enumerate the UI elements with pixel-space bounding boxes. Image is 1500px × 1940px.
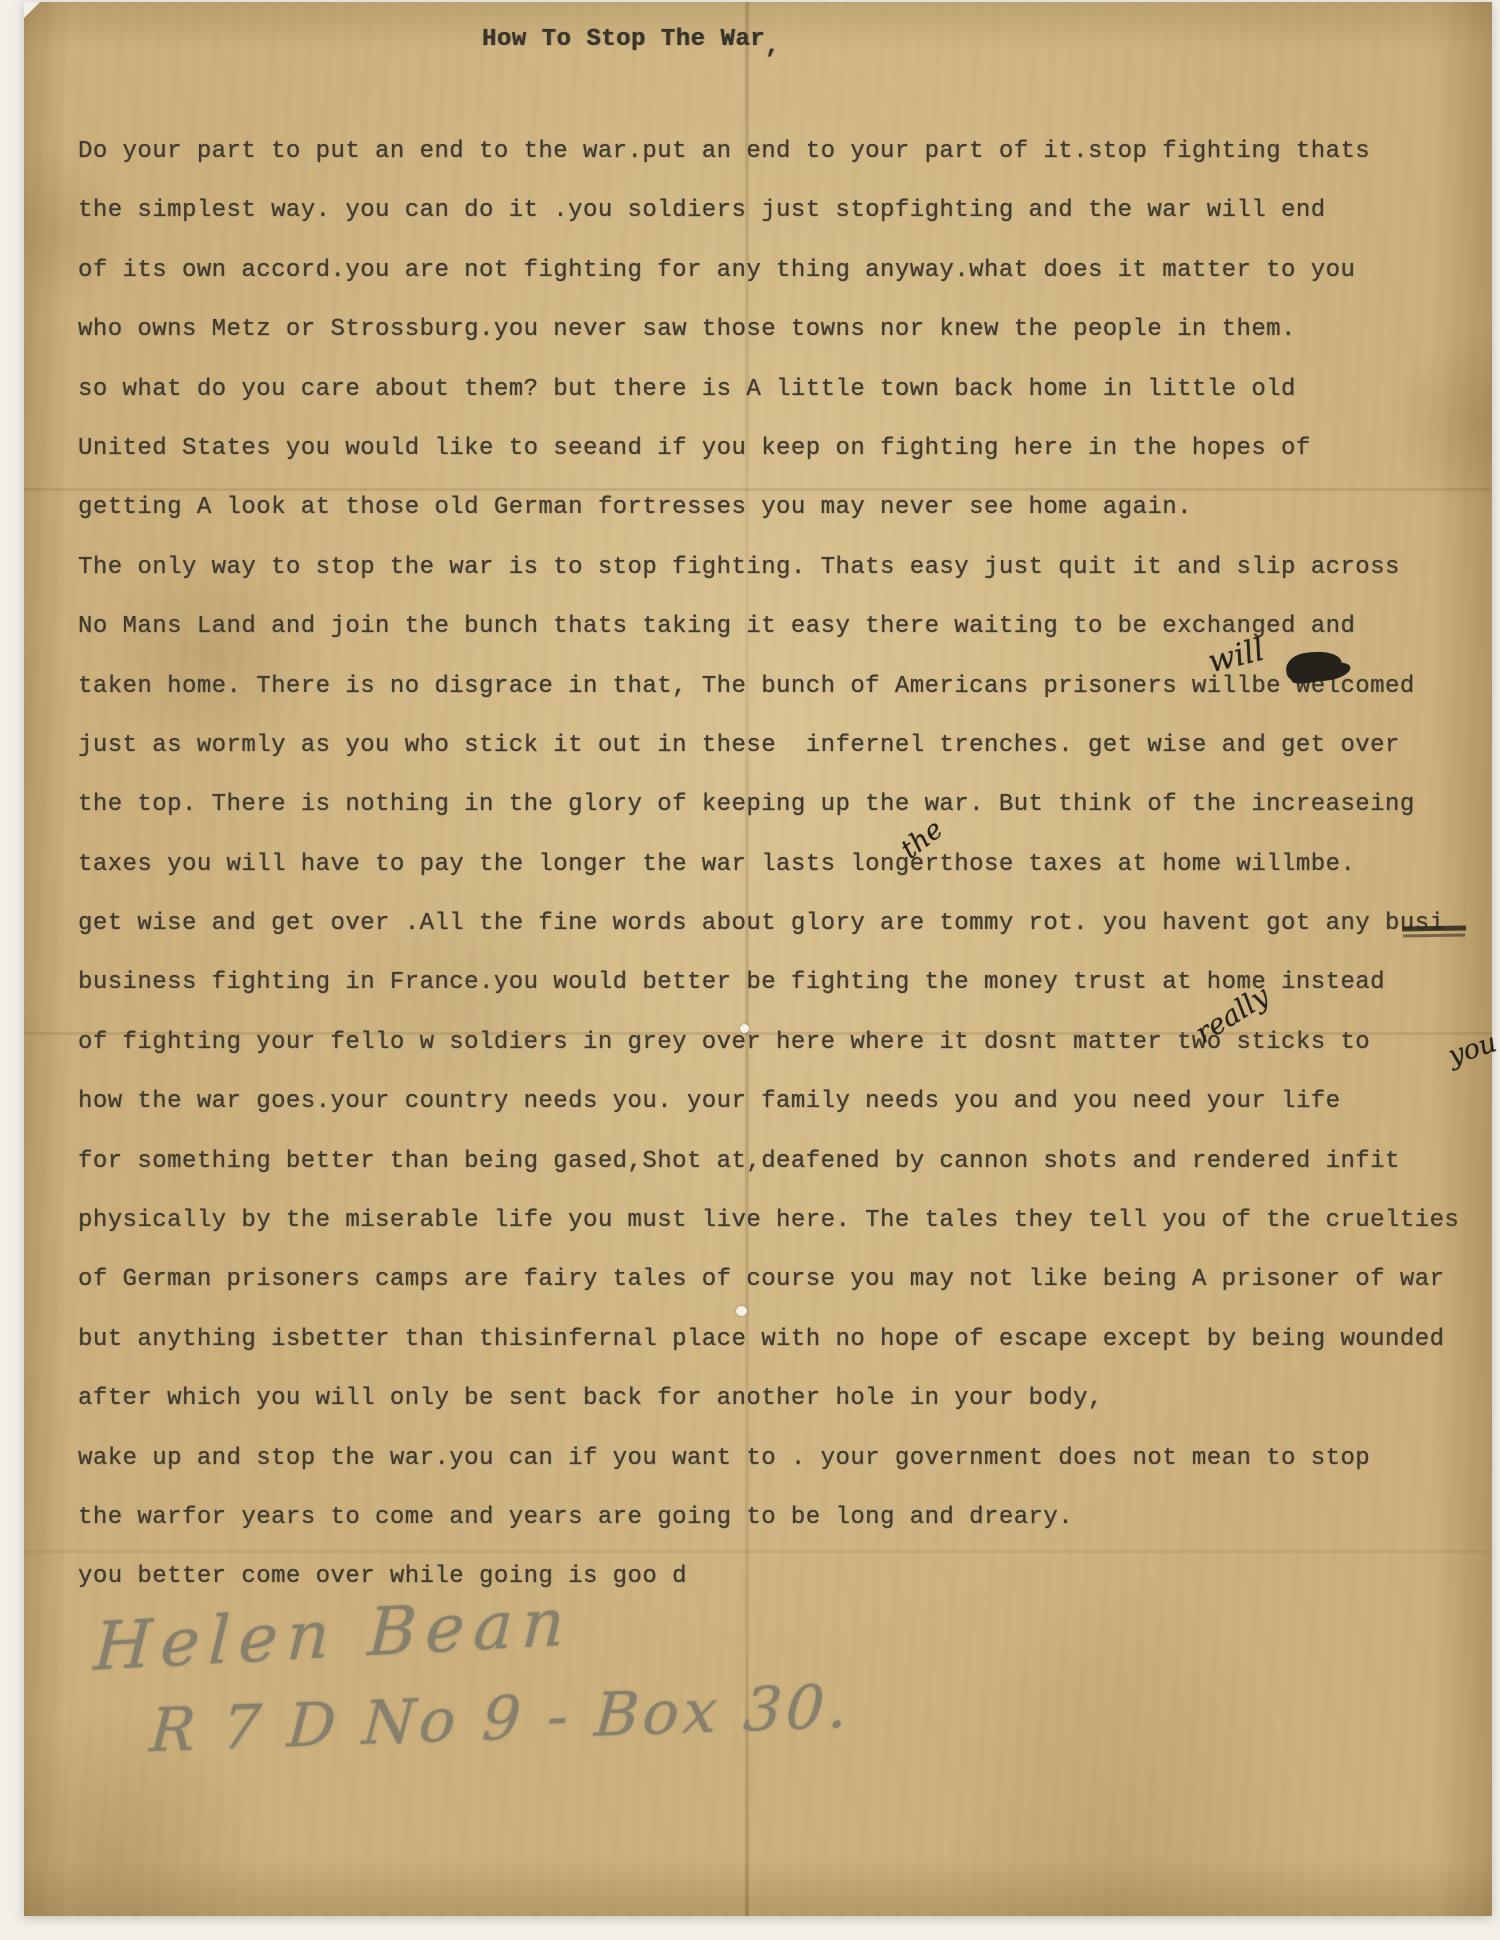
letter-line: The only way to stop the war is to stop …	[78, 538, 1498, 597]
letter-line: the simplest way. you can do it .you sol…	[78, 181, 1498, 240]
letter-line: of fighting your fello w soldiers in gre…	[78, 1013, 1498, 1072]
letter-body: Do your part to put an end to the war.pu…	[78, 122, 1498, 1607]
letter-line: just as wormly as you who stick it out i…	[78, 716, 1498, 775]
letter-line: who owns Metz or Strossburg.you never sa…	[78, 300, 1498, 359]
letter-title-text: How To Stop The War	[482, 26, 765, 53]
letter-line: taxes you will have to pay the longer th…	[78, 835, 1498, 894]
scan-background: How To Stop The War, Do your part to put…	[0, 0, 1500, 1940]
letter-line: so what do you care about them? but ther…	[78, 360, 1498, 419]
letter-paper: How To Stop The War, Do your part to put…	[24, 2, 1492, 1916]
letter-line: Do your part to put an end to the war.pu…	[78, 122, 1498, 181]
letter-line: getting A look at those old German fortr…	[78, 478, 1498, 537]
letter-line: of its own accord.you are not fighting f…	[78, 241, 1498, 300]
letter-line: the top. There is nothing in the glory o…	[78, 775, 1498, 834]
letter-line: the warfor years to come and years are g…	[78, 1488, 1498, 1547]
letter-line: after which you will only be sent back f…	[78, 1369, 1498, 1428]
letter-title: How To Stop The War,	[482, 26, 780, 53]
letter-line: get wise and get over .All the fine word…	[78, 894, 1498, 953]
letter-line: physically by the miserable life you mus…	[78, 1191, 1498, 1250]
letter-line: how the war goes.your country needs you.…	[78, 1072, 1498, 1131]
letter-line: of German prisoners camps are fairy tale…	[78, 1250, 1498, 1309]
letter-line: taken home. There is no disgrace in that…	[78, 657, 1498, 716]
letter-line: for something better than being gased,Sh…	[78, 1132, 1498, 1191]
letter-line: business fighting in France.you would be…	[78, 953, 1498, 1012]
letter-line: but anything isbetter than thisinfernal …	[78, 1310, 1498, 1369]
letter-title-comma: ,	[765, 33, 780, 60]
torn-corner	[24, 2, 40, 18]
letter-line: United States you would like to seeand i…	[78, 419, 1498, 478]
letter-line: No Mans Land and join the bunch thats ta…	[78, 597, 1498, 656]
letter-line: wake up and stop the war.you can if you …	[78, 1429, 1498, 1488]
